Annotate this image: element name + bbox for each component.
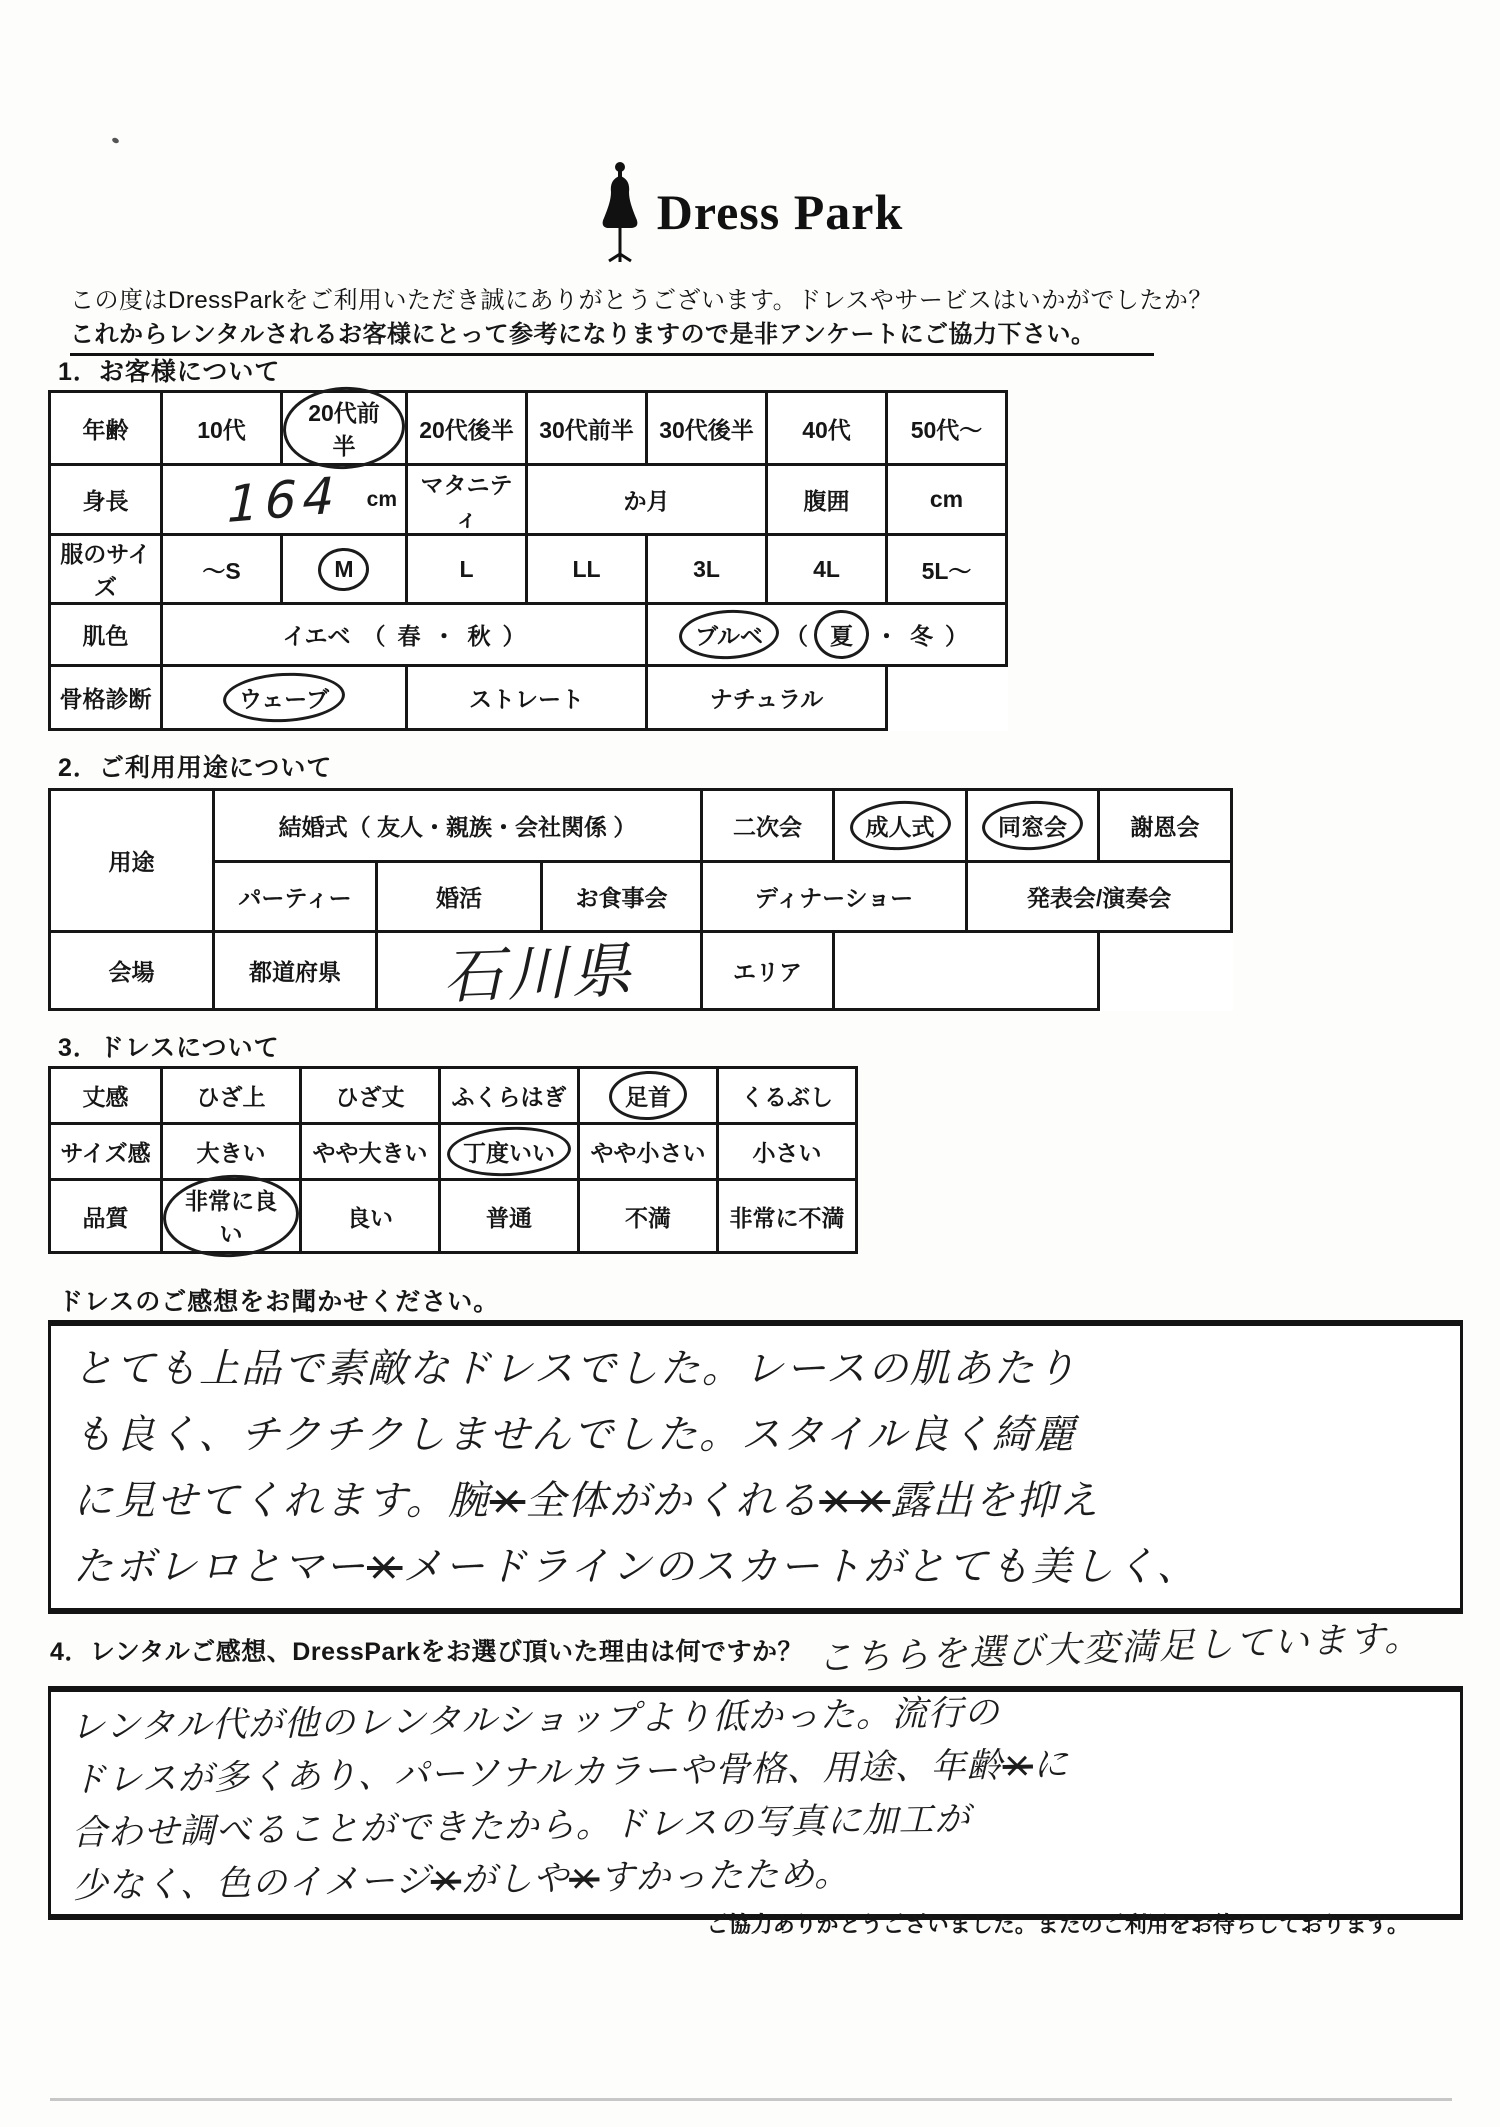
option-cell: 小さい [718, 1124, 857, 1180]
row-header-cell: 用途 [50, 790, 214, 932]
logo: Dress Park [0, 160, 1500, 264]
option-label: L [459, 556, 473, 583]
option-label: 結婚式（ 友人・親族・会社関係 ） [279, 809, 637, 842]
option-cell: 30代後半 [647, 392, 767, 465]
option-label: ） [945, 618, 968, 651]
dress-feedback-handwriting: とても上品で素敵なドレスでした。レースの肌あたりも良く、チクチクしませんでした。… [51, 1326, 1460, 1600]
option-cell: 都道府県 [214, 932, 377, 1010]
option-cell: イエベ（春・秋） [162, 604, 647, 666]
handwritten-text: レンタル代が他のレンタルショップより低かった。流行の [70, 1693, 1000, 1748]
option-label: 二次会 [733, 809, 802, 842]
row-header-cell: サイズ感 [50, 1124, 162, 1180]
circled-option: 夏 [820, 616, 863, 653]
bottom-scan-line [50, 2098, 1452, 2101]
option-label: 春 [398, 618, 421, 651]
intro-line-1: この度はDressParkをご利用いただき誠にありがとうございます。ドレスやサー… [70, 280, 1213, 315]
option-label: 普通 [486, 1200, 532, 1233]
table-row: 肌色イエベ（春・秋）ブルベ（夏・冬） [50, 604, 1007, 666]
struck-out-text: × [490, 1478, 526, 1524]
option-label: ストレート [469, 681, 584, 714]
circled-option: 非常に良い [169, 1181, 293, 1251]
option-cell: 二次会 [702, 790, 834, 862]
option-label: エリア [733, 954, 802, 987]
row-label: 骨格診断 [60, 681, 152, 714]
option-label: （ [363, 618, 386, 651]
option-label: 大きい [197, 1135, 266, 1168]
row-label: 服のサイズ [57, 536, 154, 602]
handwritten-line: たボレロとマー×メードラインのスカートがとても美しく、 [73, 1534, 1442, 1600]
handwritten-text: すかったため。 [599, 1854, 850, 1898]
table-row: 服のサイズ～SMLLL3L4L5L～ [50, 535, 1007, 604]
handwritten-text: ドレスが多くあり、パーソナルカラーや骨格、用途、年齢 [71, 1746, 1003, 1801]
option-cell: ナチュラル [647, 666, 887, 730]
option-cell: お食事会 [542, 862, 702, 932]
option-label: やや大きい [313, 1135, 428, 1168]
option-cell: 30代前半 [527, 392, 647, 465]
circled-option: 足首 [615, 1077, 681, 1114]
option-label: 腹囲 [804, 483, 850, 516]
option-label: ナチュラル [710, 681, 824, 714]
option-cell: 良い [301, 1180, 440, 1253]
row-label: 肌色 [83, 618, 129, 651]
option-cell: 4L [767, 535, 887, 604]
option-cell: 10代 [162, 392, 282, 465]
row-header-cell: 肌色 [50, 604, 162, 666]
option-label: ふくらはぎ [452, 1079, 567, 1112]
option-label: 冬 [910, 618, 933, 651]
option-label: 秋 [468, 618, 491, 651]
struck-out-text: × [1002, 1746, 1033, 1786]
empty-region [887, 666, 1007, 730]
customer-table: 年齢10代20代前半20代後半30代前半30代後半40代50代～身長164cmマ… [48, 390, 1008, 731]
section1-heading: 1．お客様について [58, 352, 280, 388]
row-label: 年齢 [83, 412, 129, 445]
row-header-cell: 骨格診断 [50, 666, 162, 730]
dress-feedback-box: とても上品で素敵なドレスでした。レースの肌あたりも良く、チクチクしませんでした。… [48, 1320, 1463, 1614]
option-cell: 不満 [579, 1180, 718, 1253]
handwritten-line: に見せてくれます。腕×全体がかくれる××露出を抑え [73, 1468, 1442, 1534]
circled-option: ウェーブ [229, 679, 339, 716]
option-cell: ウェーブ [162, 666, 407, 730]
option-cell: 非常に良い [162, 1180, 301, 1253]
option-cell: 20代後半 [407, 392, 527, 465]
option-label: 40代 [802, 412, 851, 445]
handwritten-text: とても上品で素敵なドレスでした。レースの肌あたり [73, 1346, 1078, 1392]
option-label: 良い [347, 1200, 393, 1233]
option-label: 小さい [753, 1135, 822, 1168]
option-cell: ブルベ（夏・冬） [647, 604, 1007, 666]
option-cell: 50代～ [887, 392, 1007, 465]
row-label: サイズ感 [60, 1135, 150, 1168]
option-label: 謝恩会 [1131, 809, 1200, 842]
option-cell: LL [527, 535, 647, 604]
option-cell: L [407, 535, 527, 604]
option-label: 非常に不満 [730, 1200, 845, 1233]
usage-table: 用途結婚式（ 友人・親族・会社関係 ）二次会成人式同窓会謝恩会パーティー婚活お食… [48, 788, 1233, 1011]
handwritten-line: も良く、チクチクしませんでした。スタイル良く綺麗 [73, 1402, 1442, 1468]
dress-mannequin-icon [597, 160, 643, 264]
section2-heading: 2．ご利用用途について [58, 748, 332, 784]
option-label: ～S [202, 553, 240, 586]
option-cell: 3L [647, 535, 767, 604]
handwritten-text: に見せてくれます。腕 [73, 1478, 490, 1524]
option-label: ひざ上 [197, 1079, 266, 1112]
handwritten-text: 全体がかくれる [525, 1478, 819, 1524]
option-cell: 20代前半 [282, 392, 407, 465]
row-header-cell: 丈感 [50, 1068, 162, 1124]
option-cell: ディナーショー [702, 862, 967, 932]
option-label: イエベ [282, 618, 350, 651]
table-row: 身長164cmマタニティか月腹囲cm [50, 465, 1007, 535]
handwritten-text: がしや [461, 1859, 570, 1901]
row-label: 品質 [83, 1200, 129, 1233]
option-label: 50代～ [911, 412, 983, 445]
option-cell: 婚活 [377, 862, 542, 932]
option-cell: 謝恩会 [1099, 790, 1232, 862]
section3-heading: 3．ドレスについて [58, 1028, 280, 1064]
section4-heading: 4．レンタルご感想、DressParkをお選び頂いた理由は何ですか？ [50, 1632, 803, 1668]
option-cell: ～S [162, 535, 282, 604]
struck-out-text: × [569, 1858, 600, 1898]
row-header-cell: 身長 [50, 465, 162, 535]
option-label: パーティー [238, 880, 351, 913]
empty-region [1099, 932, 1232, 1010]
option-cell: パーティー [214, 862, 377, 932]
option-cell: ひざ丈 [301, 1068, 440, 1124]
struck-out-text: × [430, 1861, 461, 1901]
option-cell: マタニティ [407, 465, 527, 535]
option-label: cm [930, 486, 963, 513]
option-cell: cm [887, 465, 1007, 535]
option-cell: 発表会/演奏会 [967, 862, 1232, 932]
option-cell: やや大きい [301, 1124, 440, 1180]
option-cell: 丁度いい [440, 1124, 579, 1180]
handwritten-text: に [1033, 1745, 1070, 1786]
handwritten-value: 164 [227, 465, 341, 533]
handwritten-text: 露出を抑え [890, 1478, 1100, 1524]
option-label: ひざ丈 [336, 1079, 405, 1112]
option-label: 30代前半 [539, 412, 634, 445]
option-cell: ふくらはぎ [440, 1068, 579, 1124]
option-label: お食事会 [576, 880, 668, 913]
circled-option: 成人式 [856, 807, 945, 844]
option-cell: エリア [702, 932, 834, 1010]
circled-option: 丁度いい [453, 1133, 565, 1170]
option-label: やや小さい [591, 1135, 706, 1168]
option-label: ・ [433, 618, 456, 651]
table-row: 丈感ひざ上ひざ丈ふくらはぎ足首くるぶし [50, 1068, 857, 1124]
option-label: か月 [624, 483, 670, 516]
dress-feedback-label: ドレスのご感想をお聞かせください。 [58, 1282, 499, 1318]
option-label: ・ [875, 618, 898, 651]
handwritten-text: 少なく、色のイメージ [72, 1861, 431, 1907]
circled-option: 20代前半 [289, 393, 399, 463]
option-label: 10代 [197, 412, 246, 445]
circled-option: ブルベ [685, 616, 773, 653]
struck-out-text: ×× [819, 1478, 890, 1524]
option-cell: ストレート [407, 666, 647, 730]
rental-overflow-handwriting: こちらを選び大変満足しています。 [816, 1609, 1423, 1681]
logo-text: Dress Park [657, 183, 904, 241]
option-label: 4L [813, 556, 840, 583]
row-header-cell: 年齢 [50, 392, 162, 465]
venue-pref-value-cell: 石川県 [377, 932, 702, 1010]
row-label: 丈感 [83, 1079, 129, 1112]
option-label: マタニティ [414, 467, 519, 533]
handwritten-text: も良く、チクチクしませんでした。スタイル良く綺麗 [73, 1412, 1076, 1458]
table-row: 会場都道府県石川県エリア [50, 932, 1232, 1010]
option-label: 婚活 [436, 880, 482, 913]
scan-artifact-dot [111, 137, 119, 144]
circled-option: M [324, 554, 363, 585]
option-label: 5L～ [922, 553, 972, 586]
option-label: 都道府県 [249, 954, 341, 987]
option-label: 30代後半 [659, 412, 754, 445]
option-label: LL [572, 556, 600, 583]
option-cell: M [282, 535, 407, 604]
rental-feedback-heading-row: 4．レンタルご感想、DressParkをお選び頂いた理由は何ですか？ こちらを選… [50, 1624, 1422, 1675]
questionnaire-page: Dress Park この度はDressParkをご利用いただき誠にありがとうご… [0, 0, 1500, 2127]
handwritten-text: メードラインのスカートがとても美しく、 [403, 1544, 1199, 1590]
option-cell: 5L～ [887, 535, 1007, 604]
option-label: ディナーショー [755, 880, 913, 913]
row-label: 会場 [109, 954, 155, 987]
option-cell: 非常に不満 [718, 1180, 857, 1253]
option-label: ） [503, 618, 526, 651]
option-cell: くるぶし [718, 1068, 857, 1124]
row-label: 身長 [83, 483, 129, 516]
height-value-cell: 164cm [162, 465, 407, 535]
option-label: 20代後半 [419, 412, 514, 445]
option-label: 不満 [625, 1200, 671, 1233]
table-row: 骨格診断ウェーブストレートナチュラル [50, 666, 1007, 730]
option-cell: ひざ上 [162, 1068, 301, 1124]
handwritten-text: 合わせ調べることができたから。ドレスの写真に加工が [71, 1800, 970, 1854]
option-cell: やや小さい [579, 1124, 718, 1180]
option-cell: 結婚式（ 友人・親族・会社関係 ） [214, 790, 702, 862]
option-cell: 同窓会 [967, 790, 1099, 862]
option-label: 3L [693, 556, 720, 583]
option-cell: 腹囲 [767, 465, 887, 535]
handwritten-value: 石川県 [442, 940, 636, 1007]
dress-table: 丈感ひざ上ひざ丈ふくらはぎ足首くるぶしサイズ感大きいやや大きい丁度いいやや小さい… [48, 1066, 858, 1254]
handwritten-text: たボレロとマー [73, 1544, 367, 1590]
intro-line-2: これからレンタルされるお客様にとって参考になりますので是非アンケートにご協力下さ… [70, 314, 1154, 356]
option-cell: 大きい [162, 1124, 301, 1180]
rental-feedback-handwriting: レンタル代が他のレンタルショップより低かった。流行のドレスが多くあり、パーソナル… [48, 1670, 1460, 1914]
option-cell: か月 [527, 465, 767, 535]
struck-out-text: × [367, 1544, 403, 1590]
area-value-cell [834, 932, 1099, 1010]
option-label: 発表会/演奏会 [1027, 880, 1171, 913]
row-label: 用途 [109, 844, 155, 877]
table-row: 年齢10代20代前半20代後半30代前半30代後半40代50代～ [50, 392, 1007, 465]
table-row: 品質非常に良い良い普通不満非常に不満 [50, 1180, 857, 1253]
row-header-cell: 服のサイズ [50, 535, 162, 604]
circled-option: 同窓会 [988, 807, 1077, 844]
option-cell: 40代 [767, 392, 887, 465]
option-cell: 普通 [440, 1180, 579, 1253]
rental-feedback-box: レンタル代が他のレンタルショップより低かった。流行のドレスが多くあり、パーソナル… [48, 1686, 1463, 1920]
option-label: （ [785, 618, 808, 651]
option-cell: 足首 [579, 1068, 718, 1124]
handwritten-line: とても上品で素敵なドレスでした。レースの肌あたり [73, 1336, 1442, 1402]
row-header-cell: 会場 [50, 932, 214, 1010]
table-row: サイズ感大きいやや大きい丁度いいやや小さい小さい [50, 1124, 857, 1180]
option-label: くるぶし [741, 1079, 833, 1112]
row-header-cell: 品質 [50, 1180, 162, 1253]
closing-text: ご協力ありがとうございました。またのご利用をお待ちしております。 [48, 1908, 1455, 1939]
unit-label: cm [367, 488, 397, 512]
table-row: パーティー婚活お食事会ディナーショー発表会/演奏会 [50, 862, 1232, 932]
option-cell: 成人式 [834, 790, 967, 862]
table-row: 用途結婚式（ 友人・親族・会社関係 ）二次会成人式同窓会謝恩会 [50, 790, 1232, 862]
